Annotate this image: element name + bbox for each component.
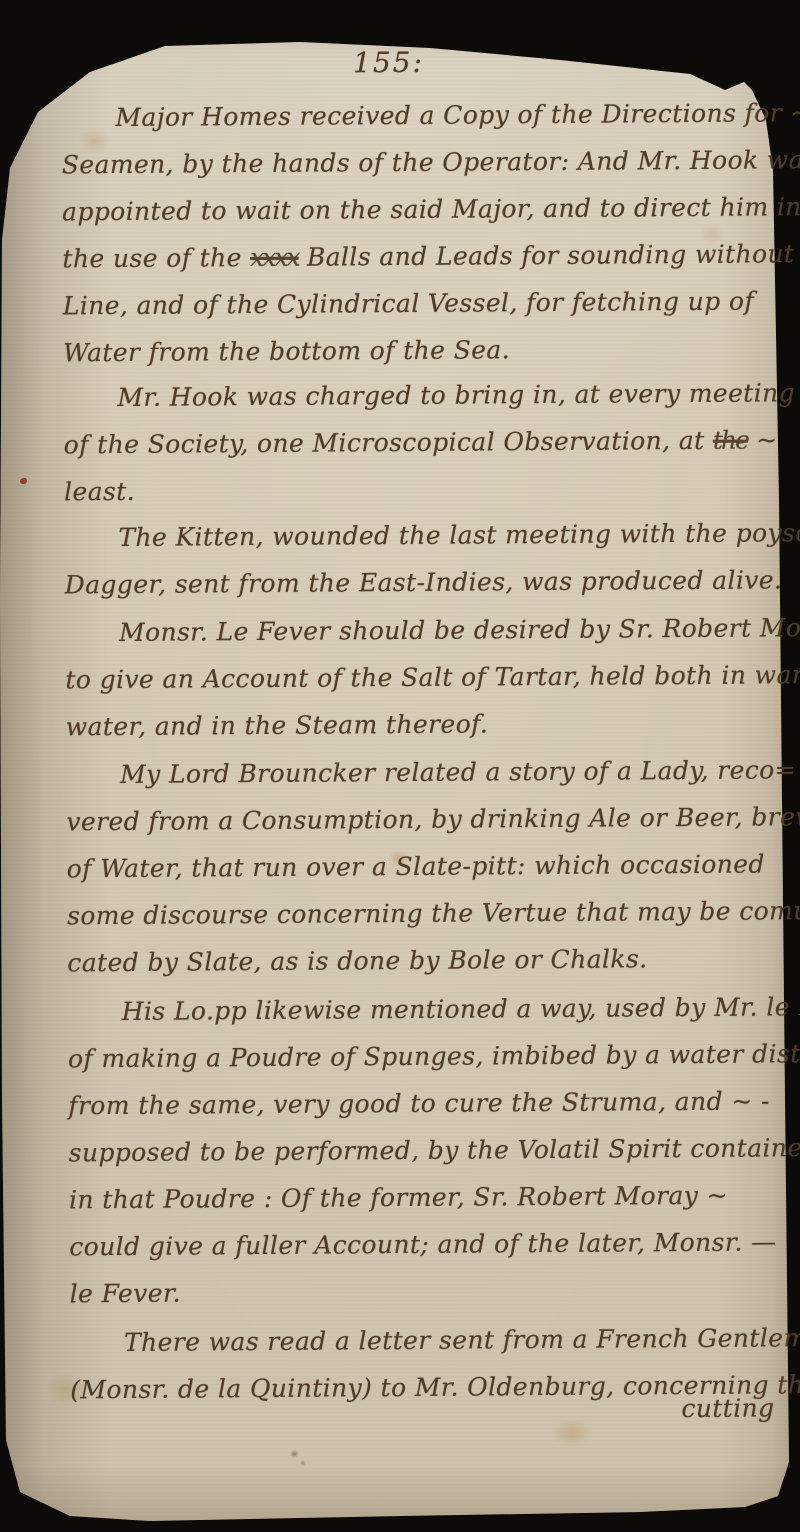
manuscript-line: could give a fuller Account; and of the …	[69, 1218, 769, 1270]
line-text: le Fever.	[70, 1279, 181, 1309]
manuscript-line: Mr. Hook was charged to bring in, at eve…	[63, 369, 763, 421]
manuscript-line: the use of the xxxx Balls and Leads for …	[62, 230, 762, 282]
paragraph-4: Monsr. Le Fever should be desired by Sr.…	[65, 604, 766, 750]
manuscript-line: some discourse concerning the Vertue tha…	[67, 887, 767, 939]
paragraph-6: His Lo.pp likewise mentioned a way, used…	[68, 983, 770, 1317]
manuscript-line: water, and in the Steam thereof.	[66, 698, 766, 750]
line-text: of the Society, one Microscopical Observ…	[64, 426, 713, 460]
paragraph-3: The Kitten, wounded the last meeting wit…	[64, 509, 765, 608]
line-text: My Lord Brouncker related a story of a L…	[120, 755, 796, 789]
manuscript-line: le Fever.	[70, 1265, 770, 1317]
manuscript-line: to give an Account of the Salt of Tartar…	[65, 651, 765, 703]
page-number: 155:	[353, 46, 424, 79]
line-text: cated by Slate, as is done by Bole or Ch…	[67, 944, 647, 977]
manuscript-line: vered from a Consumption, by drinking Al…	[66, 793, 766, 845]
line-text: ~	[748, 425, 778, 454]
line-text: from the same, very good to cure the Str…	[68, 1086, 770, 1120]
manuscript-line: Dagger, sent from the East-Indies, was p…	[65, 556, 765, 608]
line-text: to give an Account of the Salt of Tartar…	[65, 660, 800, 694]
line-text: Mr. Hook was charged to bring in, at eve…	[117, 378, 795, 412]
manuscript-line: of Water, that run over a Slate-pitt: wh…	[67, 840, 767, 892]
manuscript-line: of the Society, one Microscopical Observ…	[64, 416, 764, 468]
paragraph-5: My Lord Brouncker related a story of a L…	[66, 746, 768, 986]
line-text: His Lo.pp likewise mentioned a way, used…	[122, 992, 800, 1026]
manuscript-line: cated by Slate, as is done by Bole or Ch…	[67, 934, 767, 986]
manuscript-line: of making a Poudre of Spunges, imbibed b…	[68, 1030, 768, 1082]
line-text: vered from a Consumption, by drinking Al…	[66, 802, 800, 836]
manuscript-line: least.	[64, 463, 764, 515]
line-text: the use of the	[62, 243, 250, 273]
line-text: of Water, that run over a Slate-pitt: wh…	[67, 849, 765, 883]
line-text: Water from the bottom of the Sea.	[63, 335, 510, 367]
catchword: cutting	[634, 1393, 774, 1423]
manuscript-photo: { "page": { "number": "155:", "catchword…	[0, 0, 800, 1532]
line-text: appointed to wait on the said Major, and…	[62, 192, 800, 226]
crossed-out-text: xxxx	[250, 243, 299, 272]
manuscript-line: in that Poudre : Of the former, Sr. Robe…	[69, 1171, 769, 1223]
line-text: The Kitten, wounded the last meeting wit…	[118, 518, 800, 552]
manuscript-line: Major Homes received a Copy of the Direc…	[61, 89, 761, 141]
line-text: in that Poudre : Of the former, Sr. Robe…	[69, 1181, 728, 1215]
manuscript-line: supposed to be performed, by the Volatil…	[69, 1124, 769, 1176]
line-text: water, and in the Steam thereof.	[66, 709, 489, 741]
paragraph-1: Major Homes received a Copy of the Direc…	[61, 89, 763, 376]
line-text: supposed to be performed, by the Volatil…	[69, 1133, 800, 1167]
manuscript-line: Monsr. Le Fever should be desired by Sr.…	[65, 604, 765, 656]
manuscript-line: There was read a letter sent from a Fren…	[70, 1314, 770, 1366]
line-text: of making a Poudre of Spunges, imbibed b…	[68, 1039, 800, 1074]
line-text: There was read a letter sent from a Fren…	[124, 1323, 800, 1357]
crossed-out-text: the	[713, 426, 748, 455]
line-text: Line, and of the Cylindrical Vessel, for…	[63, 287, 755, 321]
manuscript-line: The Kitten, wounded the last meeting wit…	[64, 509, 764, 561]
line-text: Monsr. Le Fever should be desired by Sr.…	[119, 613, 800, 647]
line-text: Seamen, by the hands of the Operator: An…	[62, 145, 800, 179]
paragraph-2: Mr. Hook was charged to bring in, at eve…	[63, 369, 764, 515]
line-text: Major Homes received a Copy of the Direc…	[115, 98, 800, 132]
manuscript-line: Water from the bottom of the Sea.	[63, 324, 763, 376]
line-text: Dagger, sent from the East-Indies, was p…	[65, 565, 783, 599]
manuscript-line: from the same, very good to cure the Str…	[68, 1077, 768, 1129]
line-text: least.	[64, 477, 135, 506]
line-text: could give a fuller Account; and of the …	[69, 1227, 776, 1261]
line-text: Balls and Leads for sounding without a	[298, 239, 800, 272]
manuscript-line: Seamen, by the hands of the Operator: An…	[62, 136, 762, 188]
manuscript-line: Line, and of the Cylindrical Vessel, for…	[63, 277, 763, 329]
manuscript-line: His Lo.pp likewise mentioned a way, used…	[68, 983, 768, 1035]
text-layer: 155: Major Homes received a Copy of the …	[0, 0, 800, 1532]
manuscript-line: My Lord Brouncker related a story of a L…	[66, 746, 766, 798]
manuscript-line: appointed to wait on the said Major, and…	[62, 183, 762, 235]
line-text: some discourse concerning the Vertue tha…	[67, 896, 800, 931]
